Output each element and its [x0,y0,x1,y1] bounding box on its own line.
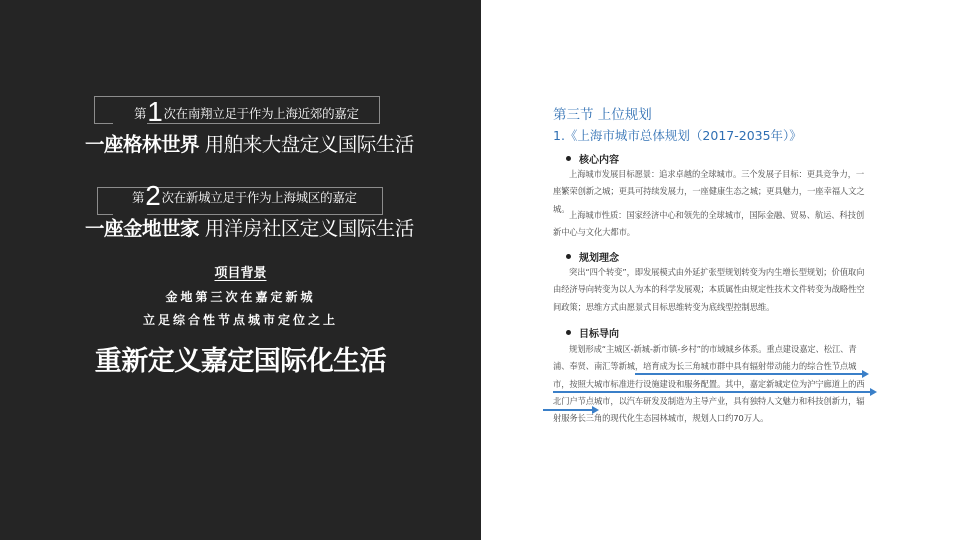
highlight-arrow-1 [635,373,863,375]
left-panel: 第1次在南翔立足于作为上海近郊的嘉定 一座格林世界 用舶来大盘定义国际生活 第2… [0,0,481,540]
headline-1: 一座格林世界 用舶来大盘定义国际生活 [85,129,414,157]
background-line-1: 金地第三次在嘉定新城 [0,288,481,305]
subline-prefix: 第 [132,190,144,205]
paragraph: 规划形成“主城区-新城-新市镇-乡村”的市域城乡体系。重点建设嘉定、松江、青浦、… [553,341,869,427]
paragraph: 突出“四个转变”，即发展模式由外延扩张型规划转变为内生增长型规划；价值取向由经济… [553,264,869,316]
subline-text: 次在新城立足于作为上海城区的嘉定 [161,190,356,205]
headline-bold: 一座金地世家 [85,217,199,240]
ordinal-number: 2 [145,180,160,211]
background-line-2: 立足综合性节点城市定位之上 [0,311,481,328]
bullet-heading-core: 核心内容 [566,151,619,166]
bullet-icon [566,156,571,161]
headline-bold: 一座格林世界 [85,133,199,156]
headline-2: 一座金地世家 用洋房社区定义国际生活 [85,213,414,241]
subline-1: 第1次在南翔立足于作为上海近郊的嘉定 [134,96,359,128]
bullet-icon [566,254,571,259]
plan-title: 1.《上海市城市总体规划（2017-2035年）》 [553,126,802,144]
subline-2: 第2次在新城立足于作为上海城区的嘉定 [132,180,357,212]
subline-prefix: 第 [134,106,146,121]
bullet-icon [566,330,571,335]
highlight-arrow-3 [543,409,593,411]
ordinal-number: 1 [147,96,162,127]
highlight-arrow-2 [553,391,871,393]
bullet-heading-goal: 目标导向 [566,325,619,340]
project-background-title: 项目背景 [0,262,481,281]
bullet-heading-concept: 规划理念 [566,249,619,264]
headline-rest: 用舶来大盘定义国际生活 [199,133,414,156]
subline-text: 次在南翔立足于作为上海近郊的嘉定 [163,106,358,121]
slogan: 重新定义嘉定国际化生活 [0,339,481,378]
section-title: 第三节 上位规划 [553,103,652,123]
headline-rest: 用洋房社区定义国际生活 [199,217,414,240]
paragraph: 上海城市性质：国家经济中心和领先的全球城市，国际金融、贸易、航运、科技创新中心与… [553,207,869,242]
